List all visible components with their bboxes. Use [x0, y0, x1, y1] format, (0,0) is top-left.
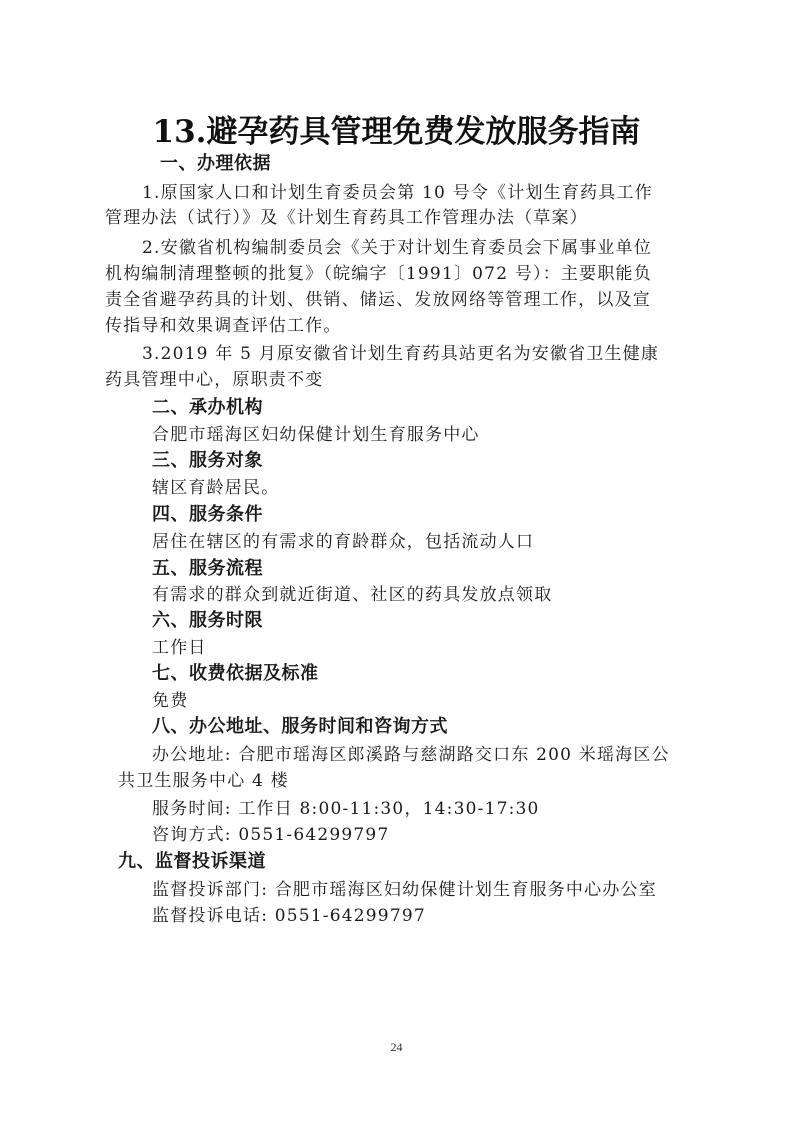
paragraph-line: 免费 — [152, 689, 188, 713]
paragraph-line: 咨询方式: 0551-64299797 — [152, 823, 389, 847]
paragraph-line: 1.原国家人口和计划生育委员会第 10 号令《计划生育药具工作 — [142, 181, 653, 205]
paragraph-line: 传指导和效果调查评估工作。 — [105, 314, 342, 338]
section-heading-6: 六、服务时限 — [152, 609, 263, 633]
document-page: 13.避孕药具管理免费发放服务指南 一、办理依据 1.原国家人口和计划生育委员会… — [0, 0, 793, 1122]
section-heading-5: 五、服务流程 — [152, 557, 263, 581]
paragraph-line: 办公地址: 合肥市瑶海区郎溪路与慈湖路交口东 200 米瑶海区公 — [152, 743, 670, 767]
section-heading-9: 九、监督投诉渠道 — [118, 850, 266, 874]
paragraph-line: 3.2019 年 5 月原安徽省计划生育药具站更名为安徽省卫生健康 — [142, 342, 659, 366]
paragraph-line: 有需求的群众到就近街道、社区的药具发放点领取 — [152, 583, 552, 607]
paragraph-line: 居住在辖区的有需求的育龄群众，包括流动人口 — [152, 530, 534, 554]
section-heading-8: 八、办公地址、服务时间和咨询方式 — [152, 715, 448, 739]
page-number: 24 — [0, 1040, 793, 1055]
paragraph-line: 管理办法（试行）》及《计划生育药具工作管理办法（草案） — [105, 206, 588, 230]
paragraph-line: 工作日 — [152, 636, 207, 660]
paragraph-line: 辖区育龄居民。 — [152, 476, 279, 500]
section-heading-7: 七、收费依据及标准 — [152, 662, 319, 686]
paragraph-line: 责全省避孕药具的计划、供销、储运、发放网络等管理工作，以及宣 — [105, 288, 651, 312]
section-heading-1: 一、办理依据 — [160, 152, 271, 176]
paragraph-line: 服务时间: 工作日 8:00-11:30，14:30-17:30 — [152, 797, 540, 821]
paragraph-line: 共卫生服务中心 4 楼 — [118, 769, 289, 793]
page-title: 13.避孕药具管理免费发放服务指南 — [0, 112, 793, 152]
section-heading-3: 三、服务对象 — [152, 449, 263, 473]
section-heading-2: 二、承办机构 — [152, 396, 263, 420]
paragraph-line: 监督投诉部门: 合肥市瑶海区妇幼保健计划生育服务中心办公室 — [152, 878, 657, 902]
paragraph-line: 2.安徽省机构编制委员会《关于对计划生育委员会下属事业单位 — [142, 236, 652, 260]
paragraph-line: 机构编制清理整顿的批复》（皖编字〔1991〕072 号）：主要职能负 — [105, 262, 652, 286]
paragraph-line: 监督投诉电话: 0551-64299797 — [152, 904, 426, 928]
paragraph-line: 药具管理中心，原职责不变 — [105, 368, 323, 392]
section-heading-4: 四、服务条件 — [152, 503, 263, 527]
paragraph-line: 合肥市瑶海区妇幼保健计划生育服务中心 — [152, 423, 480, 447]
